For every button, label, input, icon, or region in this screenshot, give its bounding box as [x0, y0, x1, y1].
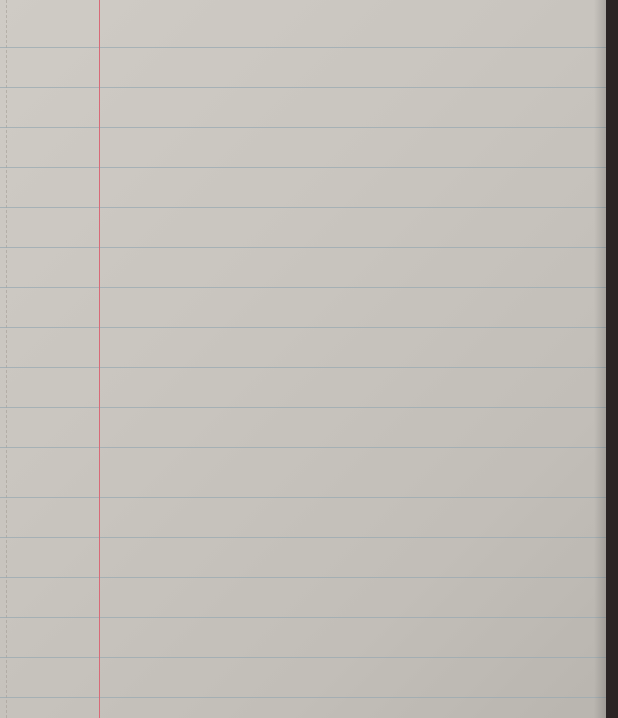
ruling-line [0, 207, 606, 208]
ruling-line [0, 127, 606, 128]
ruling-line [0, 247, 606, 248]
ruling-line [0, 87, 606, 88]
ruling-line [0, 617, 606, 618]
ruling-line [0, 167, 606, 168]
text-line [14, 216, 594, 246]
text-line [14, 96, 594, 126]
text-line [14, 176, 594, 206]
ruling-line [0, 407, 606, 408]
text-line [14, 296, 594, 326]
ruling-line [0, 327, 606, 328]
ruling-line [0, 577, 606, 578]
text-line [14, 136, 594, 166]
text-line-ruadh [14, 337, 594, 369]
ruling-line [0, 537, 606, 538]
perforation-edge [6, 0, 9, 718]
text-line [14, 56, 594, 86]
ruling-line [0, 657, 606, 658]
ruling-line [0, 697, 606, 698]
ruling-line [0, 497, 606, 498]
ruling-line [0, 447, 606, 448]
notebook-page [0, 0, 606, 718]
text-line [14, 18, 594, 48]
